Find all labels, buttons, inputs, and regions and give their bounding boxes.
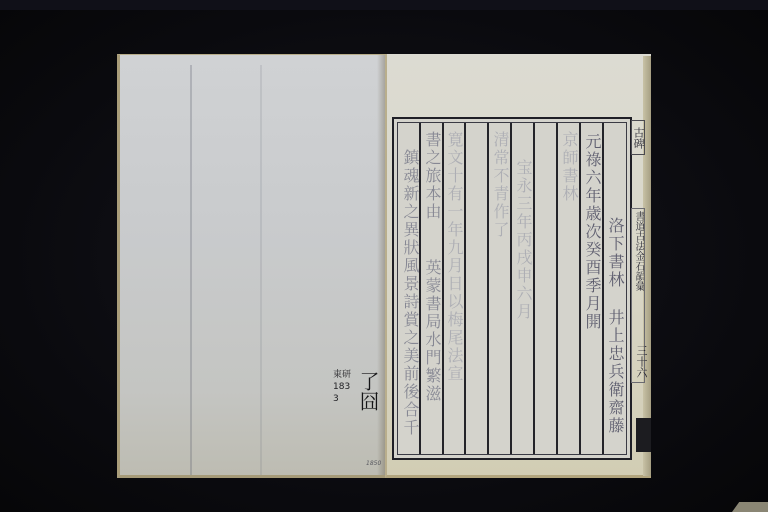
column-rule: [510, 123, 512, 454]
column-rule: [556, 123, 558, 454]
text-column: 寛文十有一年九月日以梅尾法宣: [444, 131, 464, 431]
text-column: 清常不青作了: [490, 131, 510, 241]
page-fold-shadow: [377, 55, 385, 475]
left-page: 東研 183 3 了囧 1850: [117, 54, 385, 478]
column-rule: [602, 123, 604, 454]
column-rule: [487, 123, 489, 454]
column-rule: [533, 123, 535, 454]
text-column: 京師書林: [559, 131, 579, 331]
column-rule: [579, 123, 581, 454]
bleed-through-line: [260, 65, 262, 475]
bleed-through-line: [190, 65, 192, 475]
spine-title: 古碑: [631, 120, 645, 155]
top-edge-strip: [0, 0, 768, 10]
call-number-line-3: 3: [333, 393, 355, 405]
call-number-line-2: 183: [333, 381, 355, 393]
text-column: 英蒙書局水門繁滋: [422, 259, 442, 429]
library-call-number: 東研 183 3: [333, 369, 355, 405]
spine-black-block: [636, 418, 651, 452]
text-column: 鎮魂新之異狀風景詩賞之美前後合千歳: [400, 149, 420, 449]
handwritten-mark: 了囧: [358, 371, 380, 411]
pencil-note: 1850: [366, 460, 381, 467]
call-number-line-1: 東研: [333, 369, 355, 381]
publisher-name-column: 井上忠兵衛齋藤林: [605, 309, 625, 449]
colophon-frame: 鎮魂新之異狀風景詩賞之美前後合千歳 書之旅本由 英蒙書局水門繁滋 寛文十有一年九…: [392, 117, 632, 460]
publisher-location-column: 洛下書林: [605, 217, 625, 297]
column-rule: [464, 123, 466, 454]
imprint-date-column: 元祿六年歳次癸酉季月開版: [582, 133, 602, 343]
text-column: 宝永三年丙戌申六月: [513, 159, 533, 429]
spine-page-number: 三十六: [633, 345, 649, 378]
